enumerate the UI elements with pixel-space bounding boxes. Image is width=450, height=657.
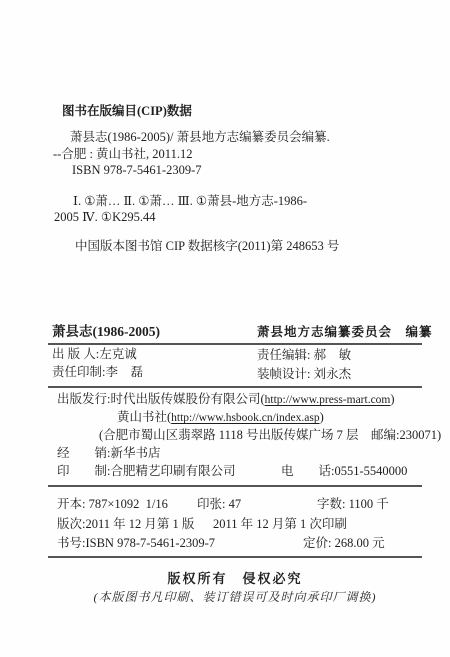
word-count: 字数: 1100 千 [317,497,389,512]
cip-record-number-line: 中国版本图书馆 CIP 数据核字(2011)第 248653 号 [75,239,339,254]
publishing-house-row: 出版发行:时代出版传媒股份有限公司(http://www.press-mart.… [57,392,395,408]
book-title: 萧县志(1986-2005) [52,324,160,339]
phone-number: 电 话:0551-5540000 [281,464,407,479]
cip-classification-line-1: Ⅰ. ①萧… Ⅱ. ①萧… Ⅲ. ①萧县-地方志-1986- [73,194,307,209]
press-prefix: 黄山书社( [117,410,171,424]
printer-row: 印 制:合肥精艺印刷有限公司 [57,464,235,479]
publisher-address-row: (合肥市蜀山区翡翠路 1118 号出版传媒广场 7 层 邮编:230071) [99,428,441,443]
format-spec: 开本: 787×1092 1/16 [57,497,168,512]
press-row: 黄山书社(http://www.hsbook.cn/index.asp) [117,410,324,426]
cip-entry-line-1: 萧县志(1986-2005)/ 萧县地方志编纂委员会编纂. [70,130,330,145]
cip-classification-line-2: 2005 Ⅳ. ①K295.44 [54,210,155,225]
responsible-editor-row: 责任编辑: 郝 敏 [257,348,351,363]
divider-rule-1 [48,343,422,345]
colophon-page: 图书在版编目(CIP)数据 萧县志(1986-2005)/ 萧县地方志编纂委员会… [0,0,450,657]
publisher-url: http://www.press-mart.com [265,394,391,406]
exchange-note: (本版图书凡印刷、装订错误可及时向承印厂调换) [48,590,422,605]
impression-info: 2011 年 12 月第 1 次印刷 [213,517,347,532]
publisher-person-row: 出 版 人:左克诚 [52,347,137,362]
cover-designer-row: 装帧设计: 刘永杰 [257,367,351,382]
divider-rule-3 [48,485,422,487]
cip-isbn-line: ISBN 978-7-5461-2309-7 [72,163,202,178]
divider-rule-4 [48,556,422,558]
press-suffix: ) [320,410,324,424]
sheet-count: 印张: 47 [197,497,241,512]
copyright-notice: 版权所有 侵权必究 [48,571,422,586]
cip-heading: 图书在版编目(CIP)数据 [62,104,192,119]
edition-info: 版次:2011 年 12 月第 1 版 [57,517,194,532]
publishing-house-prefix: 出版发行:时代出版传媒股份有限公司( [57,392,265,406]
book-number: 书号:ISBN 978-7-5461-2309-7 [57,536,215,551]
distribution-row: 经 销:新华书店 [57,446,160,461]
compiler-credit: 萧县地方志编纂委员会 编纂 [257,325,433,340]
cip-entry-line-2: --合肥 : 黄山书社, 2011.12 [53,147,192,162]
price: 定价: 268.00 元 [303,536,385,551]
publishing-house-suffix: ) [390,392,394,406]
print-supervisor-row: 责任印制:李 磊 [52,365,143,380]
press-url: http://www.hsbook.cn/index.asp [171,412,319,424]
divider-rule-2 [48,386,422,388]
